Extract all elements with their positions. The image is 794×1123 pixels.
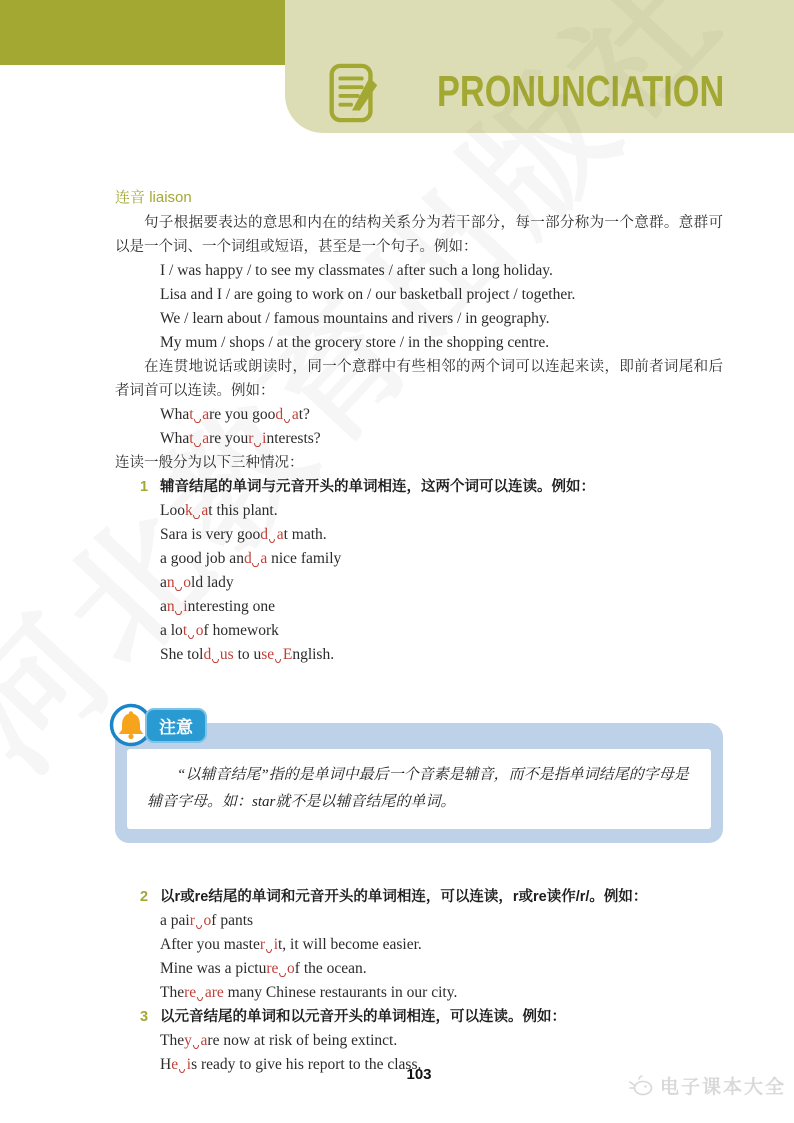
liaison-arc <box>175 587 182 592</box>
example-sentence: We / learn about / famous mountains and … <box>160 307 723 331</box>
notepad-pencil-icon <box>322 62 384 124</box>
example-sentence: aninteresting one <box>160 595 723 619</box>
example-sentence: Whatare yourinterests? <box>160 427 723 451</box>
example-sentence: I / was happy / to see my classmates / a… <box>160 259 723 283</box>
paragraph-sense-groups: 句子根据要表达的意思和内在的结构关系分为若干部分，每一部分称为一个意群。意群可以… <box>115 211 723 259</box>
example-sentence: Thereare many Chinese restaurants in our… <box>160 981 723 1005</box>
liaison-arc <box>279 973 286 978</box>
liaison-arc <box>269 539 276 544</box>
rule-number: 1 <box>140 475 160 499</box>
rule-heading: 以r或re结尾的单词和元音开头的单词相连，可以连读，r或re读作/r/。例如： <box>160 885 647 909</box>
rule-heading: 以元音结尾的单词和以元音开头的单词相连，可以连读。例如： <box>160 1005 566 1029</box>
rule-item-1: 1 辅音结尾的单词与元音开头的单词相连，这两个词可以连读。例如： Lookat … <box>115 475 723 667</box>
example-sentence: a pairof pants <box>160 909 723 933</box>
rule-item-2: 2 以r或re结尾的单词和元音开头的单词相连，可以连读，r或re读作/r/。例如… <box>115 885 723 1005</box>
header-accent-bar <box>0 0 285 65</box>
brand-watermark: 电子课本大全 <box>629 1072 786 1099</box>
example-sentence: Sara is very goodat math. <box>160 523 723 547</box>
liaison-arc <box>252 563 259 568</box>
example-sentence: She toldus to useEnglish. <box>160 643 723 667</box>
note-label: 注意 <box>145 708 207 743</box>
liaison-arc <box>197 997 204 1002</box>
liaison-arc <box>266 949 273 954</box>
example-sentence: Whatare you goodat? <box>160 403 723 427</box>
example-sentence: a lotof homework <box>160 619 723 643</box>
liaison-arc <box>188 635 195 640</box>
paragraph-three-cases: 连读一般分为以下三种情况： <box>115 451 723 475</box>
note-text: “以辅音结尾”指的是单词中最后一个音素是辅音，而不是指单词结尾的字母是辅音字母。… <box>127 749 711 829</box>
liaison-arc <box>284 419 291 424</box>
example-sentence: a good job anda nice family <box>160 547 723 571</box>
section-heading: 连音 liaison <box>115 186 723 207</box>
example-sentence: anold lady <box>160 571 723 595</box>
liaison-arc <box>212 659 219 664</box>
example-sentence: After you masterit, it will become easie… <box>160 933 723 957</box>
example-sentence: My mum / shops / at the grocery store / … <box>160 331 723 355</box>
liaison-arc <box>175 611 182 616</box>
rule-heading: 辅音结尾的单词与元音开头的单词相连，这两个词可以连读。例如： <box>160 475 595 499</box>
paragraph-liaison-intro: 在连贯地说话或朗读时，同一个意群中有些相邻的两个词可以连起来读，即前者词尾和后者… <box>115 355 723 403</box>
example-sentence: Mine was a pictureof the ocean. <box>160 957 723 981</box>
rule-number: 2 <box>140 885 160 909</box>
page-title: PRONUNCIATION <box>437 70 724 114</box>
whale-icon <box>629 1075 655 1097</box>
liaison-arc <box>254 443 261 448</box>
example-sentence: Lisa and I / are going to work on / our … <box>160 283 723 307</box>
note-callout: 注意 “以辅音结尾”指的是单词中最后一个音素是辅音，而不是指单词结尾的字母是辅音… <box>115 723 723 843</box>
liaison-arc <box>194 419 201 424</box>
liaison-arc <box>194 443 201 448</box>
section-heading-en: liaison <box>149 189 192 206</box>
liaison-arc <box>193 515 200 520</box>
example-sentence: Theyare now at risk of being extinct. <box>160 1029 723 1053</box>
liaison-arc <box>275 659 282 664</box>
section-heading-zh: 连音 <box>115 189 145 206</box>
brand-watermark-text: 电子课本大全 <box>660 1072 786 1099</box>
rule-number: 3 <box>140 1005 160 1029</box>
liaison-arc <box>193 1045 200 1050</box>
main-content: 连音 liaison 句子根据要表达的意思和内在的结构关系分为若干部分，每一部分… <box>115 186 723 1077</box>
liaison-arc <box>196 925 203 930</box>
example-sentence: Lookat this plant. <box>160 499 723 523</box>
